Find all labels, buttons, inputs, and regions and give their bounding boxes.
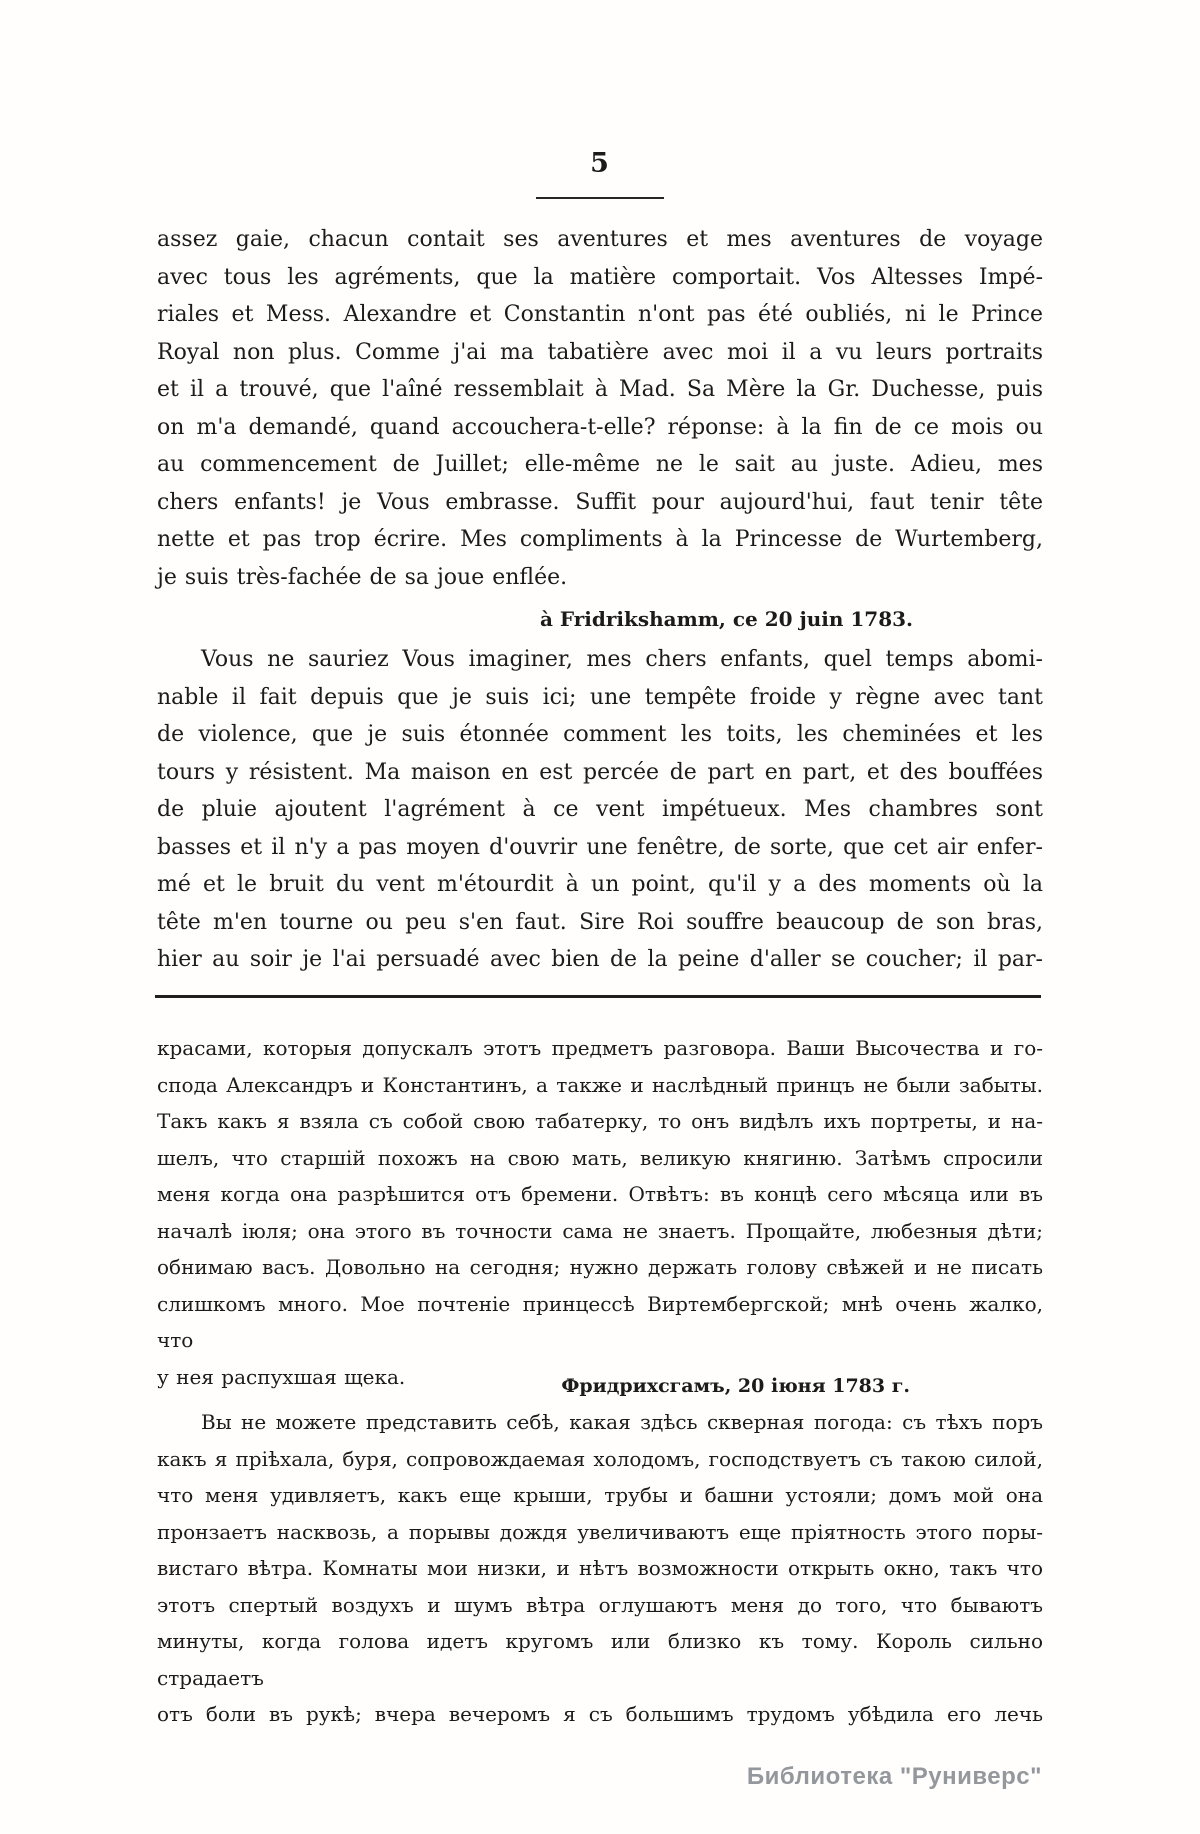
text-line: что меня удивляетъ, какъ еще крыши, труб… (157, 1477, 1043, 1514)
footnote-separator-rule (155, 995, 1041, 998)
text-line: этотъ спертый воздухъ и шумъ вѣтра оглуш… (157, 1587, 1043, 1624)
text-line: отъ боли въ рукѣ; вчера вечеромъ я съ бо… (157, 1696, 1043, 1733)
text-line: шелъ, что старшій похожъ на свою мать, в… (157, 1140, 1043, 1177)
text-line: Такъ какъ я взяла съ собой свою табатерк… (157, 1103, 1043, 1140)
text-line: nable il fait depuis que je suis ici; un… (157, 679, 1043, 717)
text-line: Royal non plus. Comme j'ai ma tabatière … (157, 334, 1043, 372)
text-line: слишкомъ много. Мое почтеніе принцессѣ В… (157, 1286, 1043, 1359)
text-line: Вы не можете представить себѣ, какая здѣ… (157, 1404, 1043, 1441)
text-line: de pluie ajoutent l'agrément à ce vent i… (157, 791, 1043, 829)
text-line: началѣ іюля; она этого въ точности сама … (157, 1213, 1043, 1250)
russian-dateline: Фридрихсгамъ, 20 іюня 1783 г. (157, 1368, 1043, 1405)
text-line: красами, которыя допускалъ этотъ предмет… (157, 1030, 1043, 1067)
page-number-rule (536, 197, 664, 199)
text-line: минуты, когда голова идетъ кругомъ или б… (157, 1623, 1043, 1696)
text-line: je suis très-fachée de sa joue enflée. (157, 559, 1043, 597)
text-line: меня когда она разрѣшится отъ бремени. О… (157, 1176, 1043, 1213)
text-line: nette et pas trop écrire. Mes compliment… (157, 521, 1043, 559)
text-line: tours y résistent. Ma maison en est perc… (157, 754, 1043, 792)
text-line: hier au soir je l'ai persuadé avec bien … (157, 941, 1043, 979)
french-paragraph-1: assez gaie, chacun contait ses aventures… (157, 221, 1043, 596)
text-line: mé et le bruit du vent m'étourdit à un p… (157, 866, 1043, 904)
text-line: обнимаю васъ. Довольно на сегодня; нужно… (157, 1249, 1043, 1286)
text-line: пронзаетъ насквозь, а порывы дождя увели… (157, 1514, 1043, 1551)
text-line: вистаго вѣтра. Комнаты мои низки, и нѣтъ… (157, 1550, 1043, 1587)
french-paragraph-2: Vous ne sauriez Vous imaginer, mes chers… (157, 641, 1043, 979)
text-line: riales et Mess. Alexandre et Constantin … (157, 296, 1043, 334)
text-line: assez gaie, chacun contait ses aventures… (157, 221, 1043, 259)
library-watermark: Библиотека "Руниверс" (747, 1763, 1042, 1791)
text-line: какъ я пріѣхала, буря, сопровождаемая хо… (157, 1441, 1043, 1478)
book-page-scan: 5 assez gaie, chacun contait ses aventur… (0, 0, 1200, 1834)
text-line: Vous ne sauriez Vous imaginer, mes chers… (157, 641, 1043, 679)
russian-paragraph-1: красами, которыя допускалъ этотъ предмет… (157, 1030, 1043, 1395)
text-line: au commencement de Juillet; elle-même ne… (157, 446, 1043, 484)
text-line: tête m'en tourne ou peu s'en faut. Sire … (157, 904, 1043, 942)
page-number: 5 (157, 148, 1043, 179)
text-line: chers enfants! je Vous embrasse. Suffit … (157, 484, 1043, 522)
text-line: avec tous les agréments, que la matière … (157, 259, 1043, 297)
russian-paragraph-2: Вы не можете представить себѣ, какая здѣ… (157, 1404, 1043, 1733)
text-line: de violence, que je suis étonnée comment… (157, 716, 1043, 754)
text-line: basses et il n'y a pas moyen d'ouvrir un… (157, 829, 1043, 867)
french-dateline: à Fridrikshamm, ce 20 juin 1783. (157, 601, 1043, 639)
text-line: et il a trouvé, que l'aîné ressemblait à… (157, 371, 1043, 409)
text-line: on m'a demandé, quand accouchera-t-elle?… (157, 409, 1043, 447)
text-line: спода Александръ и Константинъ, а также … (157, 1067, 1043, 1104)
